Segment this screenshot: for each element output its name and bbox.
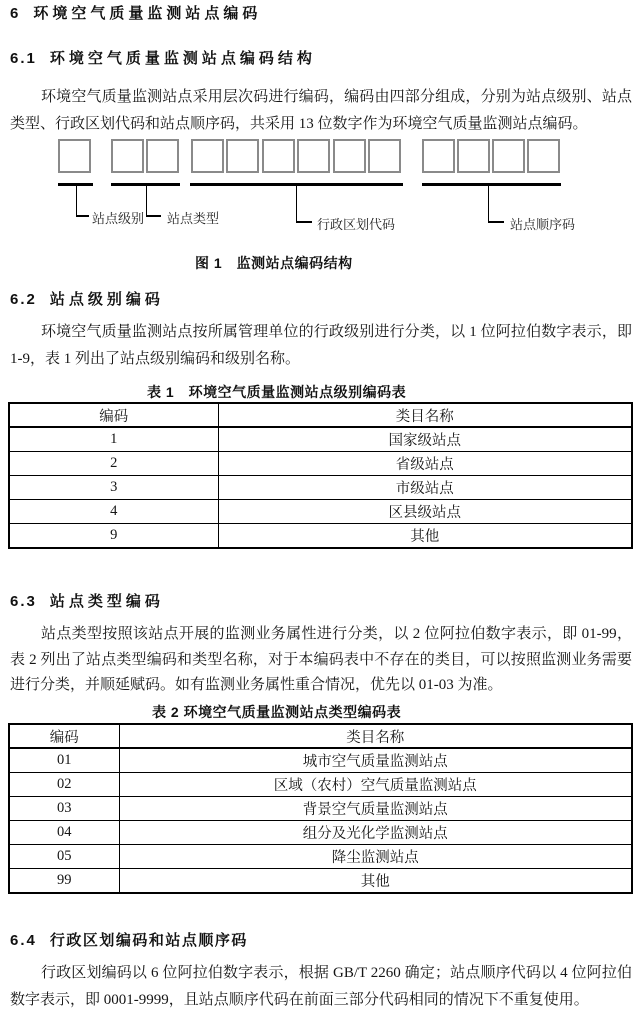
digit-box xyxy=(297,139,330,173)
leader-line xyxy=(296,186,297,222)
cell-category: 市级站点 xyxy=(218,476,632,500)
table-station-type-codes: 编码 类目名称 01城市空气质量监测站点 02区域（农村）空气质量监测站点 03… xyxy=(8,723,633,894)
digit-box xyxy=(333,139,366,173)
cell-code: 03 xyxy=(9,797,119,821)
digit-box xyxy=(262,139,295,173)
document-page: 6环境空气质量监测站点编码 6.1环境空气质量监测站点编码结构 环境空气质量监测… xyxy=(0,0,640,1013)
table-row: 04组分及光化学监测站点 xyxy=(9,821,632,845)
table-row: 02区域（农村）空气质量监测站点 xyxy=(9,773,632,797)
cell-category: 国家级站点 xyxy=(218,427,632,452)
section-title: 站点级别编码 xyxy=(50,291,164,308)
table-row: 1国家级站点 xyxy=(9,427,632,452)
section-number: 6.3 xyxy=(10,593,37,610)
table2-caption: 表 2 环境空气质量监测站点类型编码表 xyxy=(152,702,401,722)
table-station-level-codes: 编码 类目名称 1国家级站点 2省级站点 3市级站点 4区县级站点 9其他 xyxy=(8,402,633,549)
cell-category: 区域（农村）空气质量监测站点 xyxy=(119,773,632,797)
cell-category: 其他 xyxy=(119,869,632,894)
digit-group-station-type xyxy=(111,139,179,173)
cell-code: 01 xyxy=(9,748,119,773)
cell-code: 1 xyxy=(9,427,218,452)
cell-code: 02 xyxy=(9,773,119,797)
column-header-category: 类目名称 xyxy=(119,724,632,748)
table-header-row: 编码 类目名称 xyxy=(9,724,632,748)
digit-box xyxy=(527,139,560,173)
leader-line xyxy=(146,186,147,216)
digit-group-sequence xyxy=(422,139,560,173)
cell-code: 9 xyxy=(9,524,218,549)
table-row: 2省级站点 xyxy=(9,452,632,476)
digit-group-admin-division xyxy=(191,139,401,173)
cell-code: 99 xyxy=(9,869,119,894)
column-header-code: 编码 xyxy=(9,724,119,748)
table-row: 05降尘监测站点 xyxy=(9,845,632,869)
leader-foot xyxy=(296,221,312,223)
digit-box xyxy=(226,139,259,173)
section-heading-6-1: 6.1环境空气质量监测站点编码结构 xyxy=(10,50,316,68)
table-row: 4区县级站点 xyxy=(9,500,632,524)
figure-caption: 图 1 监测站点编码结构 xyxy=(195,253,353,273)
leader-line xyxy=(76,186,77,216)
paragraph-6-3: 站点类型按照该站点开展的监测业务属性进行分类，以 2 位阿拉伯数字表示，即 01… xyxy=(10,622,632,699)
leader-line xyxy=(488,186,489,222)
section-title: 行政区划编码和站点顺序码 xyxy=(50,932,248,949)
digit-box xyxy=(191,139,224,173)
cell-code: 3 xyxy=(9,476,218,500)
cell-category: 背景空气质量监测站点 xyxy=(119,797,632,821)
figure-label-station-level: 站点级别 xyxy=(92,208,144,227)
digit-box xyxy=(368,139,401,173)
cell-category: 区县级站点 xyxy=(218,500,632,524)
leader-foot xyxy=(146,215,161,217)
section-number: 6.4 xyxy=(10,932,37,949)
table-header-row: 编码 类目名称 xyxy=(9,403,632,427)
column-header-category: 类目名称 xyxy=(218,403,632,427)
section-number: 6.1 xyxy=(10,50,37,67)
section-number: 6 xyxy=(10,5,20,22)
figure-label-sequence: 站点顺序码 xyxy=(510,214,575,233)
leader-foot xyxy=(488,221,504,223)
leader-foot xyxy=(76,215,89,217)
group-underline xyxy=(422,183,561,186)
cell-code: 2 xyxy=(9,452,218,476)
section-heading-6-3: 6.3站点类型编码 xyxy=(10,593,164,611)
paragraph-6-4: 行政区划编码以 6 位阿拉伯数字表示，根据 GB/T 2260 确定；站点顺序代… xyxy=(10,960,632,1013)
digit-group-station-level xyxy=(58,139,91,173)
cell-category: 其他 xyxy=(218,524,632,549)
table-row: 01城市空气质量监测站点 xyxy=(9,748,632,773)
section-number: 6.2 xyxy=(10,291,37,308)
section-title: 环境空气质量监测站点编码结构 xyxy=(50,50,316,67)
section-heading-6-2: 6.2站点级别编码 xyxy=(10,291,164,309)
table-row: 99其他 xyxy=(9,869,632,894)
cell-category: 降尘监测站点 xyxy=(119,845,632,869)
cell-category: 省级站点 xyxy=(218,452,632,476)
cell-category: 城市空气质量监测站点 xyxy=(119,748,632,773)
section-title: 环境空气质量监测站点编码 xyxy=(33,5,261,22)
table-row: 9其他 xyxy=(9,524,632,549)
column-header-code: 编码 xyxy=(9,403,218,427)
digit-box xyxy=(111,139,144,173)
cell-code: 04 xyxy=(9,821,119,845)
cell-code: 05 xyxy=(9,845,119,869)
paragraph-6-1: 环境空气质量监测站点采用层次码进行编码，编码由四部分组成，分别为站点级别、站点类… xyxy=(10,84,632,138)
section-heading-6: 6环境空气质量监测站点编码 xyxy=(10,5,261,23)
digit-box xyxy=(422,139,455,173)
section-title: 站点类型编码 xyxy=(50,593,164,610)
table-row: 3市级站点 xyxy=(9,476,632,500)
digit-box xyxy=(457,139,490,173)
figure-code-structure: 站点级别 站点类型 行政区划代码 站点顺序码 xyxy=(0,139,640,239)
cell-category: 组分及光化学监测站点 xyxy=(119,821,632,845)
figure-label-admin-division: 行政区划代码 xyxy=(317,214,395,233)
digit-box xyxy=(492,139,525,173)
digit-box xyxy=(146,139,179,173)
section-heading-6-4: 6.4行政区划编码和站点顺序码 xyxy=(10,932,248,950)
table1-caption: 表 1 环境空气质量监测站点级别编码表 xyxy=(147,382,406,402)
cell-code: 4 xyxy=(9,500,218,524)
digit-box xyxy=(58,139,91,173)
table-row: 03背景空气质量监测站点 xyxy=(9,797,632,821)
paragraph-6-2: 环境空气质量监测站点按所属管理单位的行政级别进行分类，以 1 位阿拉伯数字表示，… xyxy=(10,319,632,373)
figure-label-station-type: 站点类型 xyxy=(167,208,219,227)
